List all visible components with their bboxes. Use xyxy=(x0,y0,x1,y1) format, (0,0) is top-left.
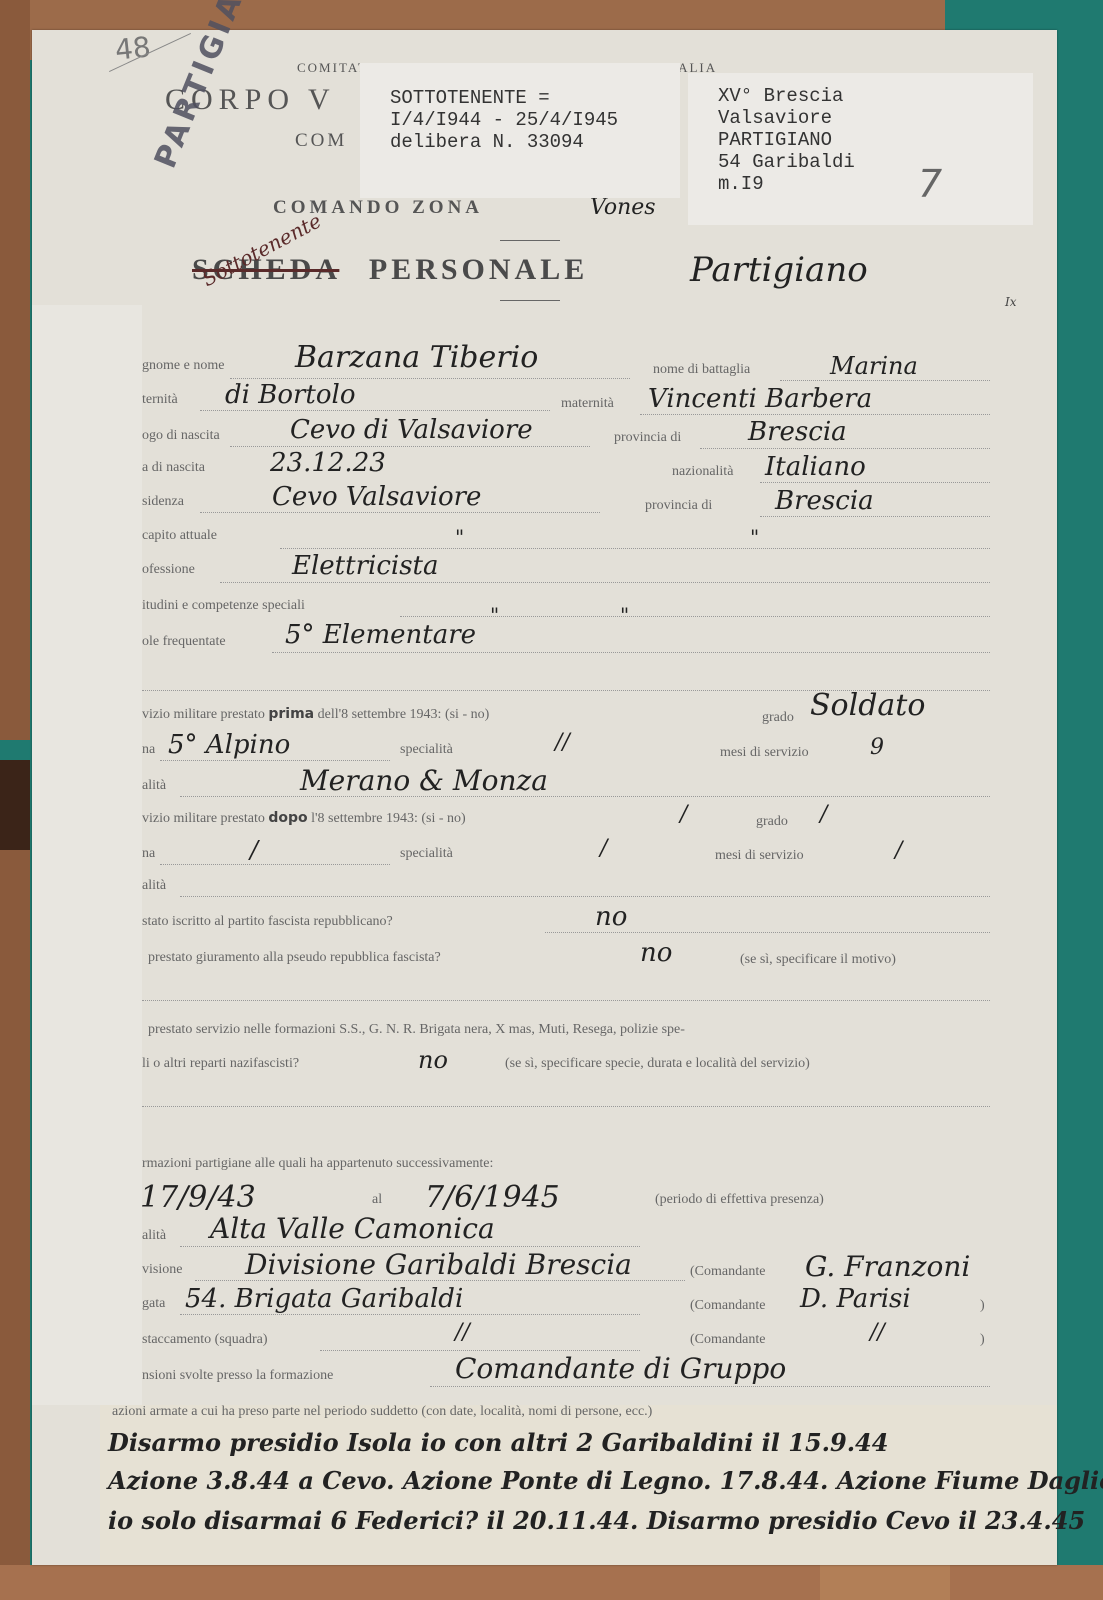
brigade-value: 54. Brigata Garibaldi xyxy=(185,1284,463,1314)
dotted-line xyxy=(320,1350,640,1351)
division-value: Divisione Garibaldi Brescia xyxy=(245,1248,632,1281)
specialty-label: specialità xyxy=(400,742,453,758)
birthplace-label: ogo di nascita xyxy=(142,428,220,444)
after-location-label: alità xyxy=(142,878,166,894)
rank-label: grado xyxy=(762,710,794,726)
birth-province-label: provincia di xyxy=(614,430,681,446)
after-months-label: mesi di servizio xyxy=(715,848,804,864)
location-value: Merano & Monza xyxy=(300,764,548,797)
typed-label-unit: XV° Brescia Valsaviore PARTIGIANO 54 Gar… xyxy=(688,73,1033,225)
oath-answer: no xyxy=(640,938,672,968)
label-line: PARTIGIANO xyxy=(718,129,1033,151)
armed-action-line-2: Azione 3.8.44 a Cevo. Azione Ponte di Le… xyxy=(108,1466,1103,1495)
formation-end-date: 7/6/1945 xyxy=(425,1180,560,1215)
paternity-label: ternità xyxy=(142,392,178,408)
after-arm-value: / xyxy=(250,836,258,864)
typed-label-rank: SOTTOTENENTE = I/4/I944 - 25/4/I945 deli… xyxy=(360,63,680,198)
formations-heading: rmazioni partigiane alle quali ha appart… xyxy=(142,1156,493,1172)
pencil-number-7: 7 xyxy=(918,173,942,195)
label-line: XV° Brescia xyxy=(718,85,1033,107)
residence-value: Cevo Valsaviore xyxy=(272,482,481,512)
profession-label: ofessione xyxy=(142,562,195,578)
skills-ditto-1: " xyxy=(490,603,499,627)
arm-value: 5° Alpino xyxy=(168,730,290,760)
battle-name-label: nome di battaglia xyxy=(653,362,750,378)
oath-note: (se sì, specificare il motivo) xyxy=(740,952,896,968)
after-specialty-label: specialità xyxy=(400,846,453,862)
birthplace-value: Cevo di Valsaviore xyxy=(290,415,533,445)
wood-background-corner xyxy=(820,1565,950,1600)
dotted-line xyxy=(200,410,550,411)
birthdate-value: 23.12.23 xyxy=(270,448,386,478)
schools-value: 5° Elementare xyxy=(285,620,476,650)
nationality-value: Italiano xyxy=(765,452,866,482)
label-line: m.I9 xyxy=(718,173,1033,195)
label-line: SOTTOTENENTE = xyxy=(390,87,680,109)
military-after-answer: / xyxy=(680,802,687,827)
address-ditto-1: " xyxy=(455,525,464,549)
dotted-line xyxy=(180,1314,640,1315)
dotted-line xyxy=(640,414,990,415)
pencil-number-48: 48 xyxy=(113,30,152,67)
dotted-line xyxy=(230,446,590,447)
dotted-line xyxy=(780,380,990,381)
months-label: mesi di servizio xyxy=(720,745,809,761)
birth-province-value: Brescia xyxy=(748,417,847,447)
dotted-line xyxy=(142,1106,990,1107)
label-line: delibera N. 33094 xyxy=(390,131,680,153)
detachment-value: // xyxy=(455,1320,470,1345)
birthdate-label: a di nascita xyxy=(142,460,205,476)
maternity-label: maternità xyxy=(561,396,614,412)
dotted-line xyxy=(280,548,990,549)
detachment-commander-value: // xyxy=(870,1320,885,1345)
title-handwritten: Partigiano xyxy=(690,250,868,290)
dotted-line xyxy=(760,482,990,483)
after-rank-label: grado xyxy=(756,814,788,830)
armed-actions-heading: azioni armate a cui ha preso parte nel p… xyxy=(112,1404,652,1420)
brigade-commander-value: D. Parisi xyxy=(800,1284,911,1314)
margin-mark: Ix xyxy=(1005,295,1017,309)
dotted-line xyxy=(230,378,630,379)
label-line: Valsaviore xyxy=(718,107,1033,129)
dotted-line xyxy=(760,516,990,517)
arm-label: na xyxy=(142,742,155,758)
label-line: 54 Garibaldi xyxy=(718,151,1033,173)
detachment-commander-close: ) xyxy=(980,1332,985,1348)
title-rule-bottom xyxy=(500,300,560,301)
title-main-word: PERSONALE xyxy=(369,253,588,286)
after-rank-value: / xyxy=(820,802,827,827)
military-before-question: vizio militare prestato prima dell'8 set… xyxy=(142,706,489,723)
formation-start-date: 17/9/43 xyxy=(140,1180,256,1215)
residence-label: sidenza xyxy=(142,494,184,510)
surname-name-label: gnome e nome xyxy=(142,358,224,374)
maternity-value: Vincenti Barbera xyxy=(648,384,872,414)
residence-province-label: provincia di xyxy=(645,498,712,514)
duties-label: nsioni svolte presso la formazione xyxy=(142,1368,333,1384)
fascist-party-answer: no xyxy=(595,902,627,932)
ss-service-note: (se sì, specificare specie, durata e loc… xyxy=(505,1056,810,1072)
dotted-line xyxy=(700,448,990,449)
label-line: I/4/I944 - 25/4/I945 xyxy=(390,109,680,131)
formation-location-label: alità xyxy=(142,1228,166,1244)
nationality-label: nazionalità xyxy=(672,464,733,480)
division-commander-label: (Comandante xyxy=(690,1264,765,1280)
brigade-commander-close: ) xyxy=(980,1298,985,1314)
dotted-line xyxy=(272,652,990,653)
dotted-line xyxy=(400,616,990,617)
after-arm-label: na xyxy=(142,846,155,862)
skills-label: itudini e competenze speciali xyxy=(142,598,305,614)
skills-ditto-2: " xyxy=(620,603,629,627)
dotted-line xyxy=(180,1246,640,1247)
division-label: visione xyxy=(142,1262,182,1278)
ss-service-question-line1: prestato servizio nelle formazioni S.S.,… xyxy=(148,1022,685,1038)
division-commander-value: G. Franzoni xyxy=(805,1250,970,1283)
duties-value: Comandante di Gruppo xyxy=(455,1352,786,1385)
formation-location-value: Alta Valle Camonica xyxy=(210,1212,495,1245)
detachment-label: staccamento (squadra) xyxy=(142,1332,268,1348)
battle-name-value: Marina xyxy=(830,352,918,380)
detachment-commander-label: (Comandante xyxy=(690,1332,765,1348)
dotted-line xyxy=(160,760,390,761)
profession-value: Elettricista xyxy=(292,551,439,581)
zone-value: Vones xyxy=(590,195,656,220)
brigade-label: gata xyxy=(142,1296,165,1312)
ss-service-answer: no xyxy=(418,1046,448,1074)
dotted-line xyxy=(160,864,390,865)
teal-background-right xyxy=(1058,0,1103,1600)
ss-service-question-line2: li o altri reparti nazifascisti? xyxy=(142,1056,299,1072)
fascist-party-question: stato iscritto al partito fascista repub… xyxy=(142,914,393,930)
formation-to-label: al xyxy=(372,1192,382,1208)
dotted-line xyxy=(430,1386,990,1387)
schools-label: ole frequentate xyxy=(142,634,226,650)
dotted-line xyxy=(142,1000,990,1001)
armed-action-line-1: Disarmo presidio Isola io con altri 2 Ga… xyxy=(108,1428,888,1457)
surname-name-value: Barzana Tiberio xyxy=(295,340,538,375)
dotted-line xyxy=(545,932,990,933)
location-label: alità xyxy=(142,778,166,794)
title-rule-top xyxy=(500,240,560,241)
teal-background-strip xyxy=(0,740,30,760)
oath-question: prestato giuramento alla pseudo repubbli… xyxy=(148,950,441,966)
months-value: 9 xyxy=(870,735,884,760)
after-specialty-value: / xyxy=(600,836,607,861)
after-months-value: / xyxy=(895,838,902,863)
specialty-value: // xyxy=(555,730,570,755)
dotted-line xyxy=(200,512,600,513)
rank-value: Soldato xyxy=(810,688,925,723)
address-ditto-2: " xyxy=(750,525,759,549)
brigade-commander-label: (Comandante xyxy=(690,1298,765,1314)
paper-overlay-strip xyxy=(32,305,142,1405)
residence-province-value: Brescia xyxy=(775,486,874,516)
dotted-line xyxy=(220,582,990,583)
period-note: (periodo di effettiva presenza) xyxy=(655,1192,824,1208)
military-after-question: vizio militare prestato dopo l'8 settemb… xyxy=(142,810,466,827)
dark-background-strip xyxy=(0,760,30,850)
dotted-line xyxy=(180,896,990,897)
command-line: COM xyxy=(295,130,347,152)
armed-action-line-3: io solo disarmai 6 Federici? il 20.11.44… xyxy=(108,1506,1085,1535)
address-label: capito attuale xyxy=(142,528,217,544)
paternity-value: di Bortolo xyxy=(225,380,355,410)
